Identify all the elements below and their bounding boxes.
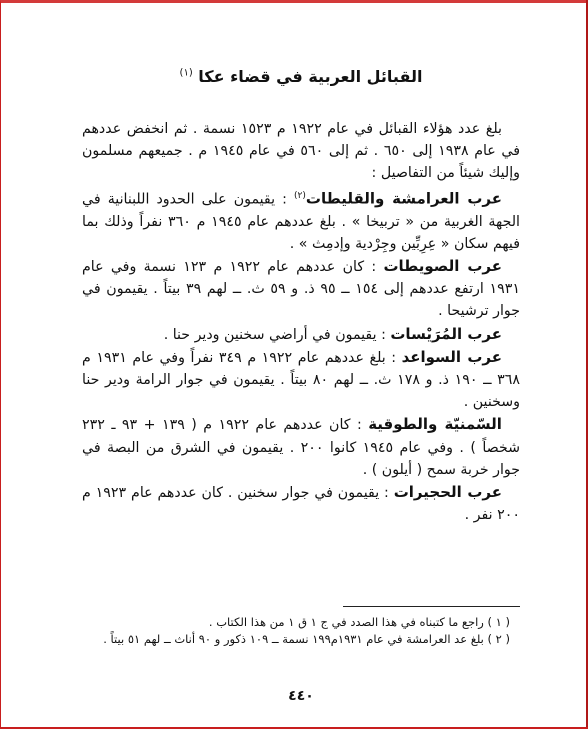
section-murraysat: عرب المُرَيْسات : يقيمون في أراضي سخنين … (82, 323, 520, 346)
title-text: القبائل العربية في قضاء عكا (198, 67, 422, 86)
page-number: ٤٤٠ (82, 688, 520, 704)
intro-text: بلغ عدد هؤلاء القبائل في عام ١٩٢٢ م ١٥٢٣… (82, 121, 520, 181)
section-heading: عرب السواعد (402, 348, 502, 366)
section-heading: عرب المُرَيْسات (390, 325, 502, 343)
section-heading: عرب الصويطات (383, 257, 502, 275)
section-aramsha: عرب العرامشة والقليطات(٢) : يقيمون على ا… (82, 185, 520, 255)
section-text: : يقيمون في أراضي سخنين ودير حنا . (164, 327, 391, 343)
footnote-ref: (٢) (294, 191, 306, 201)
section-samniyya: السّمنيّة والطوقية : كان عددهم عام ١٩٢٢ … (82, 413, 520, 481)
book-page: القبائل العربية في قضاء عكا (١) بلغ عدد … (82, 0, 520, 729)
section-hujayrat: عرب الحجيرات : يقيمون في جوار سخنين . كا… (82, 481, 520, 526)
body-text: بلغ عدد هؤلاء القبائل في عام ١٩٢٢ م ١٥٢٣… (82, 118, 520, 526)
footnote-separator (343, 606, 520, 607)
page-title: القبائل العربية في قضاء عكا (١) (82, 67, 520, 86)
footnote-1: ( ١ ) راجع ما كتبناه في هذا الصدد في ج ١… (82, 614, 520, 631)
footnotes: ( ١ ) راجع ما كتبناه في هذا الصدد في ج ١… (82, 614, 520, 648)
section-heading: السّمنيّة والطوقية (368, 415, 502, 433)
title-footnote-ref: (١) (180, 68, 193, 79)
section-sawaed: عرب السواعد : بلغ عددهم عام ١٩٢٢ م ٣٤٩ ن… (82, 346, 520, 414)
footnote-2: ( ٢ ) بلغ عد العرامشة في عام ١٩٣١م١٩٩ نس… (82, 631, 520, 648)
section-suwaytat: عرب الصويطات : كان عددهم عام ١٩٢٢ م ١٢٣ … (82, 255, 520, 323)
section-heading: عرب الحجيرات (394, 483, 502, 501)
section-heading: عرب العرامشة والقليطات (306, 189, 502, 207)
intro-paragraph: بلغ عدد هؤلاء القبائل في عام ١٩٢٢ م ١٥٢٣… (82, 118, 520, 185)
